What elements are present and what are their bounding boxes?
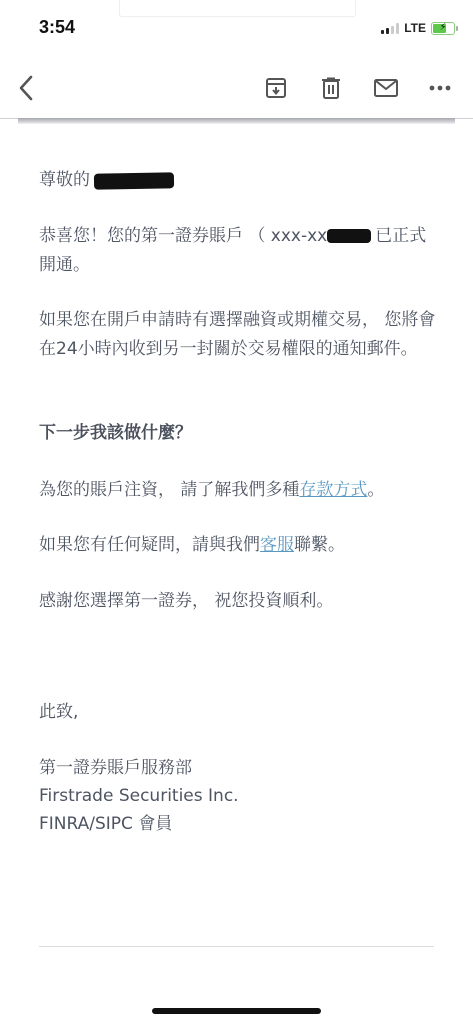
redacted-account-number (327, 229, 371, 243)
funding-paragraph: 為您的賬戶注資， 請了解我們多種存款方式。 (39, 476, 384, 505)
p4-text-end: 。 (367, 480, 384, 500)
p4-text: 為您的賬戶注資， 請了解我們多種 (39, 480, 299, 500)
p5-text-end: 聯繫。 (294, 535, 345, 555)
deposit-methods-link[interactable]: 存款方式 (299, 480, 367, 500)
mail-icon (374, 79, 398, 97)
p5-text: 如果您有任何疑問，請與我們 (39, 535, 260, 555)
home-indicator[interactable] (152, 1008, 321, 1014)
back-button[interactable] (12, 74, 40, 102)
toolbar-shadow (18, 118, 455, 124)
signature-department: 第一證券賬戶服務部 (39, 754, 239, 782)
email-toolbar (0, 56, 473, 118)
network-type: LTE (404, 21, 426, 35)
status-time: 3:54 (39, 17, 75, 38)
thanks-paragraph: 感謝您選擇第一證券， 祝您投資順利。 (39, 587, 333, 616)
signature: 第一證券賬戶服務部 Firstrade Securities Inc. FINR… (39, 754, 239, 838)
status-indicators: LTE ⚡ (381, 21, 455, 35)
account-opened-paragraph: 恭喜您！您的第一證券賬戶 （ xxx-xx已正式開通。 (39, 222, 439, 280)
trading-permission-paragraph: 如果您在開戶申請時有選擇融資或期權交易， 您將會在24小時內收到另一封關於交易權… (39, 306, 439, 364)
archive-icon (265, 77, 287, 99)
closing: 此致, (39, 698, 78, 727)
greeting: 尊敬的 (39, 166, 174, 195)
greeting-text: 尊敬的 (39, 166, 90, 195)
signal-strength-icon (381, 23, 399, 34)
status-bar: 3:54 LTE ⚡ (0, 0, 473, 56)
contact-paragraph: 如果您有任何疑問，請與我們客服聯繫。 (39, 531, 345, 560)
customer-service-link[interactable]: 客服 (260, 535, 294, 555)
more-horizontal-icon (429, 85, 451, 91)
battery-charging-icon: ⚡ (431, 22, 455, 35)
footer-divider (39, 946, 434, 947)
mark-unread-button[interactable] (372, 74, 400, 102)
signature-company: Firstrade Securities Inc. (39, 782, 239, 810)
redacted-name (94, 172, 174, 189)
chevron-left-icon (18, 75, 34, 101)
p1-text: 恭喜您！您的第一證券賬戶 （ xxx-xx (39, 226, 327, 246)
signature-membership: FINRA/SIPC 會員 (39, 810, 239, 838)
archive-button[interactable] (262, 74, 290, 102)
trash-icon (321, 77, 341, 99)
more-button[interactable] (426, 74, 454, 102)
delete-button[interactable] (317, 74, 345, 102)
next-steps-heading: 下一步我該做什麼？ (39, 419, 192, 448)
